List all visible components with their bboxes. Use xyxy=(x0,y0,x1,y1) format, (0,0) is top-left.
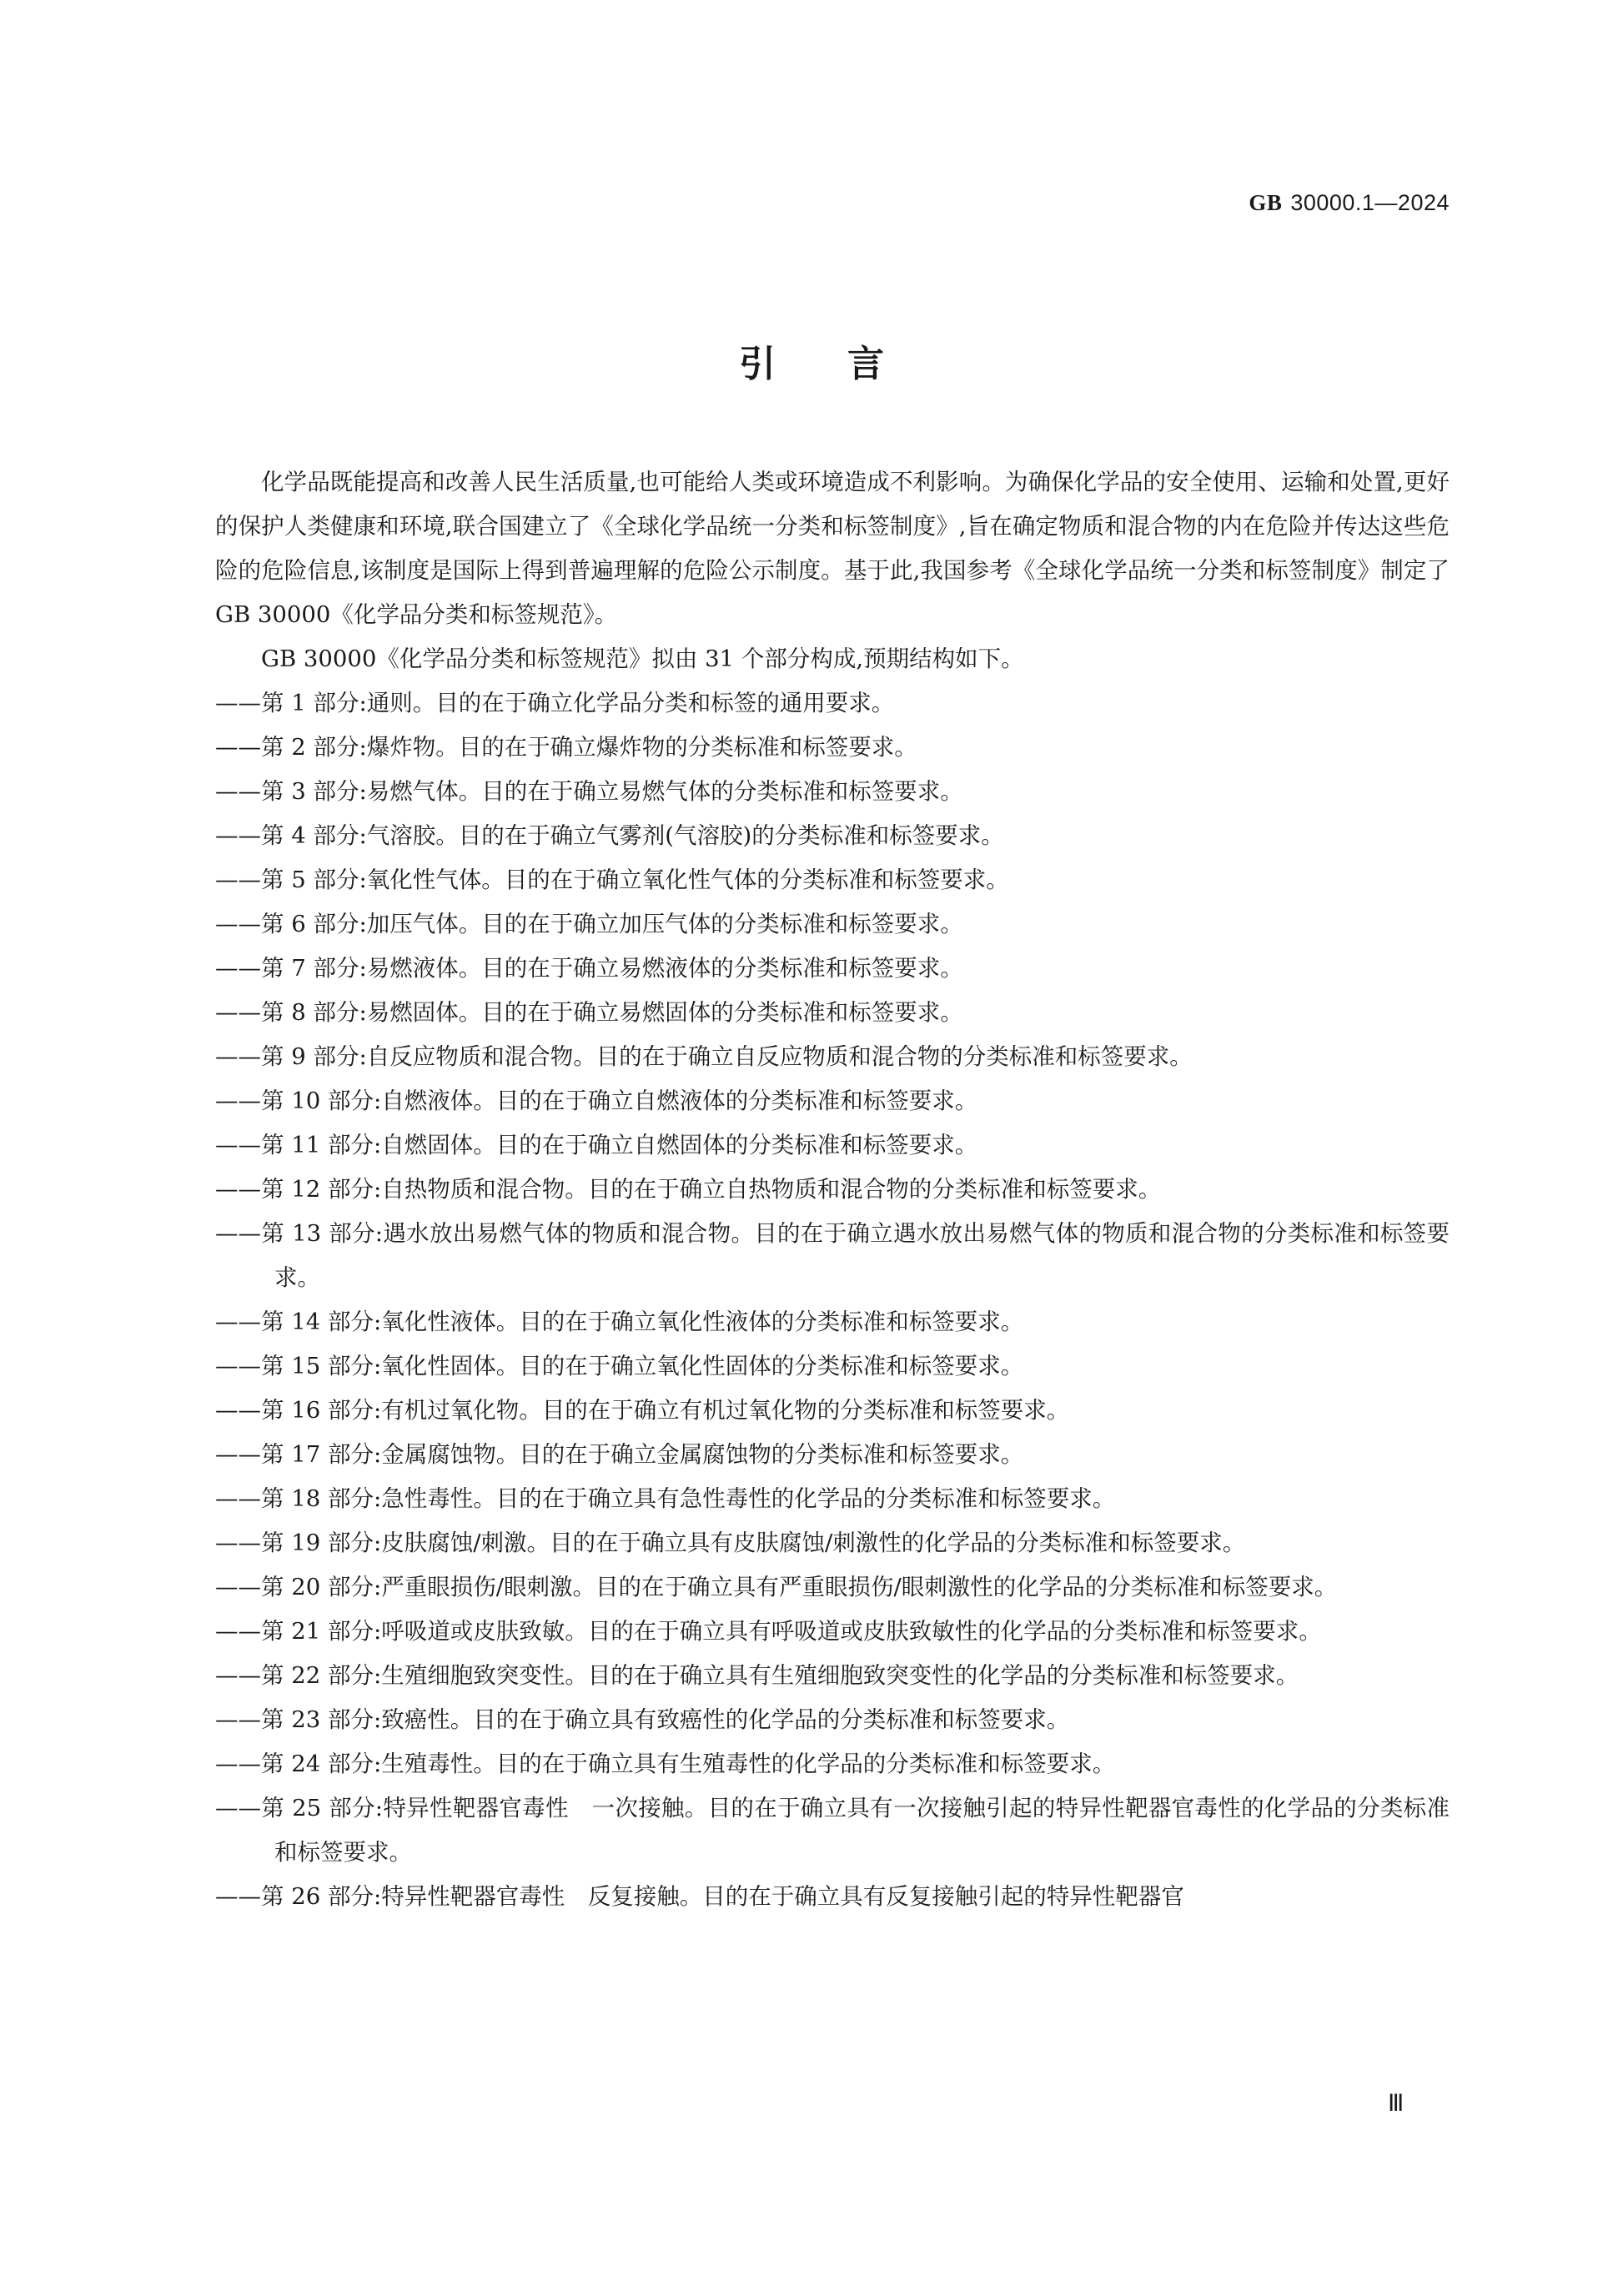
list-item: ——第 15 部分:氧化性固体。目的在于确立氧化性固体的分类标准和标签要求。 xyxy=(215,1344,1450,1389)
list-item: ——第 4 部分:气溶胶。目的在于确立气雾剂(气溶胶)的分类标准和标签要求。 xyxy=(215,814,1450,858)
list-item: ——第 2 部分:爆炸物。目的在于确立爆炸物的分类标准和标签要求。 xyxy=(215,726,1450,770)
list-item: ——第 12 部分:自热物质和混合物。目的在于确立自热物质和混合物的分类标准和标… xyxy=(215,1168,1450,1212)
list-item: ——第 19 部分:皮肤腐蚀/刺激。目的在于确立具有皮肤腐蚀/刺激性的化学品的分… xyxy=(215,1521,1450,1565)
list-item: ——第 8 部分:易燃固体。目的在于确立易燃固体的分类标准和标签要求。 xyxy=(215,991,1450,1035)
document-body: 化学品既能提高和改善人民生活质量,也可能给人类或环境造成不利影响。为确保化学品的… xyxy=(215,460,1450,1919)
parts-list: ——第 1 部分:通则。目的在于确立化学品分类和标签的通用要求。 ——第 2 部… xyxy=(215,681,1450,1919)
list-item: ——第 3 部分:易燃气体。目的在于确立易燃气体的分类标准和标签要求。 xyxy=(215,770,1450,814)
list-item: ——第 25 部分:特异性靶器官毒性 一次接触。目的在于确立具有一次接触引起的特… xyxy=(215,1786,1450,1875)
intro-paragraph: 化学品既能提高和改善人民生活质量,也可能给人类或环境造成不利影响。为确保化学品的… xyxy=(215,460,1450,637)
list-item: ——第 14 部分:氧化性液体。目的在于确立氧化性液体的分类标准和标签要求。 xyxy=(215,1300,1450,1344)
list-item: ——第 6 部分:加压气体。目的在于确立加压气体的分类标准和标签要求。 xyxy=(215,902,1450,947)
list-item: ——第 26 部分:特异性靶器官毒性 反复接触。目的在于确立具有反复接触引起的特… xyxy=(215,1875,1450,1919)
page-number: Ⅲ xyxy=(1388,2089,1404,2118)
structure-paragraph: GB 30000《化学品分类和标签规范》拟由 31 个部分构成,预期结构如下。 xyxy=(215,637,1450,681)
list-item: ——第 16 部分:有机过氧化物。目的在于确立有机过氧化物的分类标准和标签要求。 xyxy=(215,1389,1450,1433)
list-item: ——第 21 部分:呼吸道或皮肤致敏。目的在于确立具有呼吸道或皮肤致敏性的化学品… xyxy=(215,1610,1450,1654)
list-item: ——第 17 部分:金属腐蚀物。目的在于确立金属腐蚀物的分类标准和标签要求。 xyxy=(215,1433,1450,1477)
standard-code: 30000.1—2024 xyxy=(1290,190,1450,215)
standard-prefix: GB xyxy=(1249,190,1282,215)
list-item: ——第 11 部分:自燃固体。目的在于确立自燃固体的分类标准和标签要求。 xyxy=(215,1123,1450,1168)
list-item: ——第 5 部分:氧化性气体。目的在于确立氧化性气体的分类标准和标签要求。 xyxy=(215,858,1450,902)
list-item: ——第 7 部分:易燃液体。目的在于确立易燃液体的分类标准和标签要求。 xyxy=(215,947,1450,991)
list-item: ——第 20 部分:严重眼损伤/眼刺激。目的在于确立具有严重眼损伤/眼刺激性的化… xyxy=(215,1565,1450,1610)
list-item: ——第 18 部分:急性毒性。目的在于确立具有急性毒性的化学品的分类标准和标签要… xyxy=(215,1477,1450,1521)
list-item: ——第 22 部分:生殖细胞致突变性。目的在于确立具有生殖细胞致突变性的化学品的… xyxy=(215,1654,1450,1698)
list-item: ——第 10 部分:自燃液体。目的在于确立自燃液体的分类标准和标签要求。 xyxy=(215,1079,1450,1123)
list-item: ——第 1 部分:通则。目的在于确立化学品分类和标签的通用要求。 xyxy=(215,681,1450,726)
standard-number: GB30000.1—2024 xyxy=(1249,190,1450,216)
page-title: 引言 xyxy=(0,334,1623,387)
list-item: ——第 13 部分:遇水放出易燃气体的物质和混合物。目的在于确立遇水放出易燃气体… xyxy=(215,1212,1450,1300)
list-item: ——第 23 部分:致癌性。目的在于确立具有致癌性的化学品的分类标准和标签要求。 xyxy=(215,1698,1450,1742)
list-item: ——第 24 部分:生殖毒性。目的在于确立具有生殖毒性的化学品的分类标准和标签要… xyxy=(215,1742,1450,1786)
list-item: ——第 9 部分:自反应物质和混合物。目的在于确立自反应物质和混合物的分类标准和… xyxy=(215,1035,1450,1079)
